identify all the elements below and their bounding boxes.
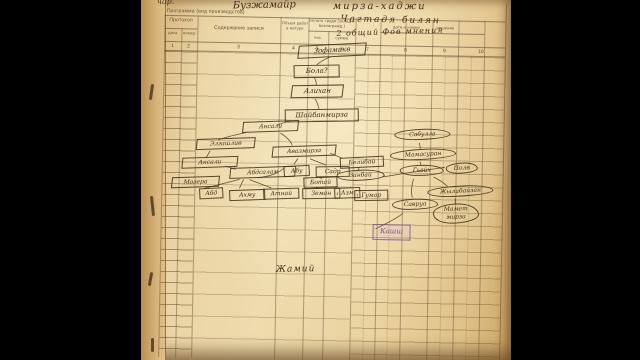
col-header-number: номер <box>181 31 197 36</box>
col-header-protocol: Протокол <box>165 18 198 24</box>
col-num-1: 1 <box>171 43 174 49</box>
col-num-8: 8 <box>404 48 407 54</box>
tree-node: Гумар <box>354 190 388 202</box>
col-header-volume: Объем работ в натуре <box>281 21 308 31</box>
purple-stamp: Кашш <box>372 224 410 241</box>
tree-node: Алихан <box>290 84 344 98</box>
handwritten-bottom-word: Жамий <box>276 265 316 275</box>
handwritten-title-prefix: чар. <box>157 0 175 6</box>
tree-node: Авазмирза <box>272 145 337 158</box>
row-rules-left <box>159 51 197 358</box>
tree-node: Ботай <box>303 176 337 188</box>
handwritten-title-word1: Бузжамайр <box>233 0 296 11</box>
tree-node: Мозера <box>171 176 220 189</box>
ledger-page: Программа (вид производства) <box>141 0 511 360</box>
tree-node: Атнай <box>263 188 299 200</box>
col-header-hours: час. <box>308 36 328 41</box>
tree-node: Ахму <box>229 189 265 201</box>
col-num-3: 3 <box>237 44 240 50</box>
col-num-2: 2 <box>187 43 190 49</box>
tree-node: Ансали <box>242 120 299 133</box>
handwritten-note: 2 общий Фов мнения <box>336 26 443 38</box>
col-num-7: 7 <box>366 47 369 53</box>
col-header-date: дата <box>164 31 181 36</box>
handwritten-title-word2: мирза-хаджи <box>333 2 427 12</box>
tree-node: Белибай <box>340 156 385 169</box>
tree-node: Бола? <box>294 64 340 78</box>
tree-node: Элгашлив <box>196 137 256 150</box>
handwritten-subtitle: Чагтадя билян <box>341 15 441 26</box>
tree-node: Абд <box>199 187 224 199</box>
col-header-content: Содержание записи <box>197 26 280 33</box>
tree-node: Абу <box>283 165 310 177</box>
col-num-10: 10 <box>478 49 484 55</box>
col-num-9: 9 <box>443 48 446 54</box>
col-num-4: 4 <box>292 45 295 51</box>
photo-canvas: Программа (вид производства) <box>0 0 640 360</box>
tree-node: Ансали <box>181 156 238 169</box>
page-content: Программа (вид производства) <box>134 0 511 360</box>
